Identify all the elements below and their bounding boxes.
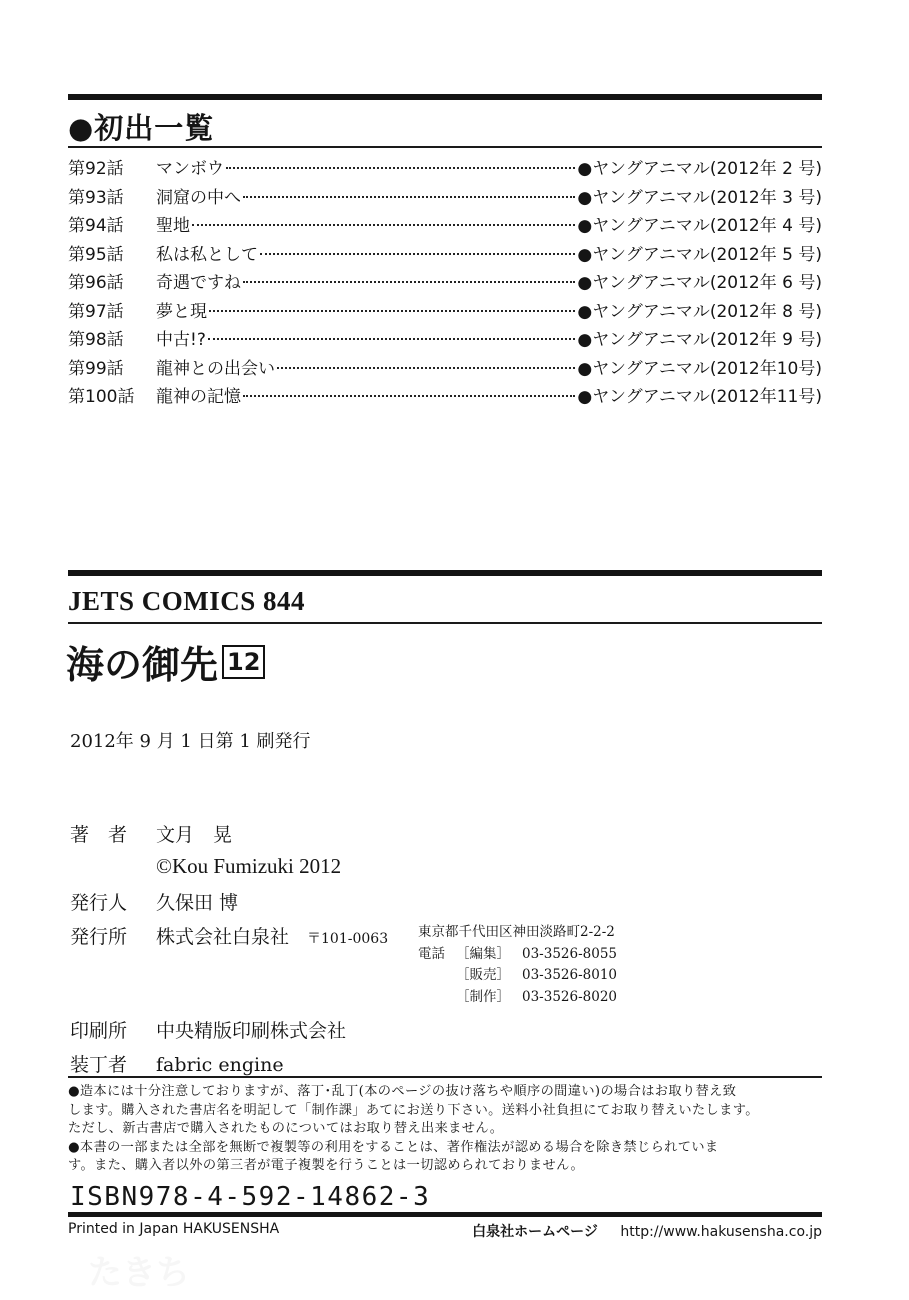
episode-source: ●ヤングアニマル(2012年 8 号) [577, 297, 822, 322]
episode-number: 第98話 [68, 325, 156, 350]
isbn: ISBN978-4-592-14862-3 [70, 1182, 430, 1212]
episode-title: 龍神の記憶 [156, 382, 241, 407]
notice-line: ●造本には十分注意しておりますが、落丁･乱丁(本のページの抜け落ちや順序の間違い… [68, 1083, 828, 1102]
list-item: 第92話 マンボウ ●ヤングアニマル(2012年 2 号) [68, 154, 822, 183]
series-label: JETS COMICS 844 [68, 586, 305, 617]
dot-leader [260, 253, 575, 255]
legal-notices: ●造本には十分注意しておりますが、落丁･乱丁(本のページの抜け落ちや順序の間違い… [68, 1083, 828, 1176]
episode-title: 奇遇ですね [156, 268, 241, 293]
homepage-url[interactable]: http://www.hakusensha.co.jp [620, 1224, 822, 1240]
series-underline-rule [68, 622, 822, 624]
episode-source: ●ヤングアニマル(2012年 9 号) [577, 325, 822, 350]
printed-in-japan: Printed in Japan HAKUSENSHA [68, 1221, 279, 1237]
episode-source: ●ヤングアニマル(2012年 5 号) [577, 240, 822, 265]
episode-source: ●ヤングアニマル(2012年 3 号) [577, 183, 822, 208]
publisher-label: 発行所 [70, 922, 156, 949]
phone-number: 03-3526-8055 [522, 944, 617, 966]
episode-number: 第99話 [68, 354, 156, 379]
list-item: 第97話 夢と現 ●ヤングアニマル(2012年 8 号) [68, 297, 822, 326]
printer-name: 中央精版印刷株式会社 [156, 1016, 346, 1043]
dot-leader [243, 281, 575, 283]
issue-date: 2012年 9 月 1 日第 1 刷発行 [70, 727, 311, 753]
notices-top-rule [68, 1076, 822, 1078]
episode-source: ●ヤングアニマル(2012年11号) [577, 382, 822, 407]
dot-leader [208, 338, 576, 340]
phone-dept: ［販売］ [456, 965, 522, 987]
printer-label: 印刷所 [70, 1016, 156, 1043]
list-item: 第95話 私は私として ●ヤングアニマル(2012年 5 号) [68, 240, 822, 269]
phone-dept: ［制作］ [456, 987, 522, 1009]
episode-number: 第94話 [68, 211, 156, 236]
dot-leader [243, 395, 575, 397]
publisher-person-row: 発行人 久保田 博 [70, 888, 388, 922]
colophon-thick-rule [68, 570, 822, 576]
author-name: 文月 晃 [156, 820, 232, 847]
volume-number-box: 12 [222, 645, 265, 679]
list-item: 第96話 奇遇ですね ●ヤングアニマル(2012年 6 号) [68, 268, 822, 297]
book-title: 海の御先 12 [66, 634, 265, 689]
phone-row: ［制作］ 03-3526-8020 [418, 987, 617, 1009]
episode-title: マンボウ [156, 154, 224, 179]
notice-line: す。また、購入者以外の第三者が電子複製を行うことは一切認められておりません。 [68, 1157, 828, 1176]
designer-label: 装丁者 [70, 1050, 156, 1077]
dot-leader [277, 367, 575, 369]
address: 東京都千代田区神田淡路町2-2-2 [418, 922, 617, 944]
spacer [418, 987, 456, 1009]
phone-dept: ［編集］ [456, 944, 522, 966]
list-item: 第99話 龍神との出会い ●ヤングアニマル(2012年10号) [68, 354, 822, 383]
publisher-address-block: 東京都千代田区神田淡路町2-2-2 電話 ［編集］ 03-3526-8055 ［… [418, 922, 617, 1008]
publisher-row: 発行所 株式会社白泉社 〒101-0063 [70, 922, 388, 956]
printer-row: 印刷所 中央精版印刷株式会社 [70, 1016, 388, 1050]
episode-source: ●ヤングアニマル(2012年10号) [577, 354, 822, 379]
notice-line: ●本書の一部または全部を無断で複製等の利用をすることは、著作権法が認める場合を除… [68, 1139, 828, 1158]
copyright-notice: ©Kou Fumizuki 2012 [156, 854, 341, 879]
episode-title: 夢と現 [156, 297, 207, 322]
list-item: 第100話 龍神の記憶 ●ヤングアニマル(2012年11号) [68, 382, 822, 411]
episode-source: ●ヤングアニマル(2012年 4 号) [577, 211, 822, 236]
phone-number: 03-3526-8010 [522, 965, 617, 987]
phone-number: 03-3526-8020 [522, 987, 617, 1009]
title-text: 海の御先 [66, 634, 218, 689]
episode-title: 洞窟の中へ [156, 183, 241, 208]
first-appearance-list: 第92話 マンボウ ●ヤングアニマル(2012年 2 号) 第93話 洞窟の中へ… [68, 154, 822, 411]
spacer [418, 965, 456, 987]
episode-source: ●ヤングアニマル(2012年 2 号) [577, 154, 822, 179]
dot-leader [226, 167, 575, 169]
top-thick-rule [68, 94, 822, 100]
isbn-underline-rule [68, 1212, 822, 1217]
episode-source: ●ヤングアニマル(2012年 6 号) [577, 268, 822, 293]
episode-number: 第93話 [68, 183, 156, 208]
designer-row: 装丁者 fabric engine [70, 1050, 388, 1084]
episode-number: 第96話 [68, 268, 156, 293]
phone-label: 電話 [418, 944, 456, 966]
episode-number: 第100話 [68, 382, 156, 407]
publisher-name: 株式会社白泉社 [156, 922, 289, 949]
episode-title: 聖地 [156, 211, 190, 236]
list-item: 第94話 聖地 ●ヤングアニマル(2012年 4 号) [68, 211, 822, 240]
episode-number: 第95話 [68, 240, 156, 265]
heading-underline-rule [68, 146, 822, 148]
episode-title: 中古!? [156, 325, 206, 350]
spacer [70, 956, 388, 1016]
first-appearance-heading: ●初出一覧 [68, 106, 214, 147]
postal-code: 〒101-0063 [307, 928, 388, 948]
author-label: 著 者 [70, 820, 156, 847]
dot-leader [192, 224, 575, 226]
publisher-person-name: 久保田 博 [156, 888, 238, 915]
episode-number: 第97話 [68, 297, 156, 322]
list-item: 第93話 洞窟の中へ ●ヤングアニマル(2012年 3 号) [68, 183, 822, 212]
designer-name: fabric engine [156, 1054, 284, 1076]
episode-number: 第92話 [68, 154, 156, 179]
homepage-info: 白泉社ホームページ http://www.hakusensha.co.jp [472, 1221, 822, 1241]
homepage-label: 白泉社ホームページ [472, 1224, 598, 1240]
faint-watermark: たきち [88, 1245, 190, 1294]
notice-line: します。購入された書店名を明記して「制作課」あてにお送り下さい。送料小社負担にて… [68, 1102, 828, 1121]
dot-leader [243, 196, 575, 198]
dot-leader [209, 310, 575, 312]
publisher-person-label: 発行人 [70, 888, 156, 915]
phone-row: ［販売］ 03-3526-8010 [418, 965, 617, 987]
episode-title: 私は私として [156, 240, 258, 265]
credits-block: 著 者 文月 晃 ©Kou Fumizuki 2012 発行人 久保田 博 発行… [70, 820, 388, 1084]
notice-line: ただし、新古書店で購入されたものについてはお取り替え出来ません。 [68, 1120, 828, 1139]
copyright-row: ©Kou Fumizuki 2012 [70, 854, 388, 888]
list-item: 第98話 中古!? ●ヤングアニマル(2012年 9 号) [68, 325, 822, 354]
phone-row: 電話 ［編集］ 03-3526-8055 [418, 944, 617, 966]
author-row: 著 者 文月 晃 [70, 820, 388, 854]
episode-title: 龍神との出会い [156, 354, 275, 379]
